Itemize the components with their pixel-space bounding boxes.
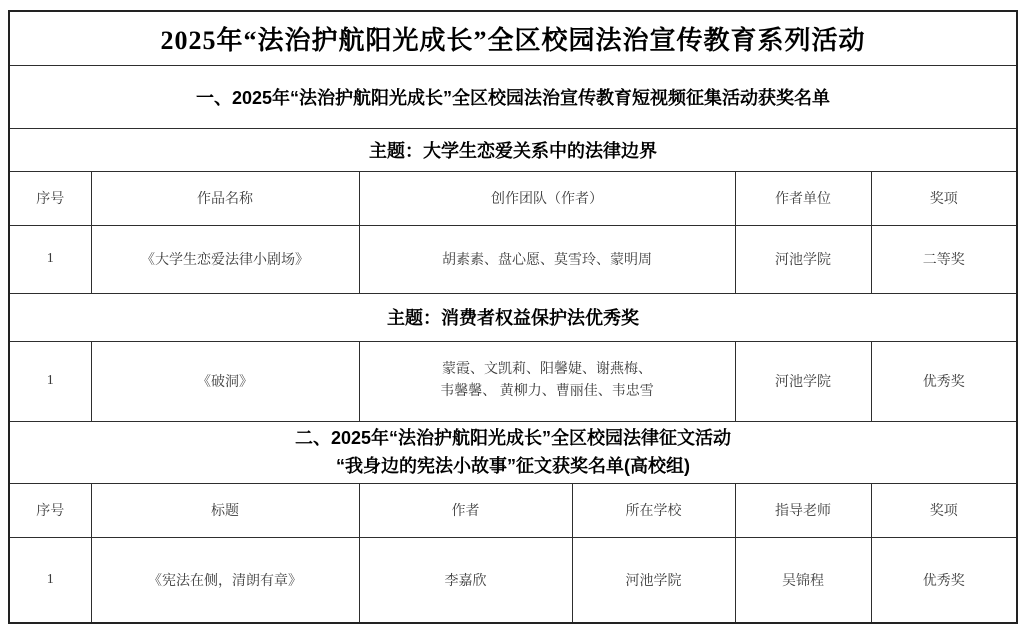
section2-heading: 二、2025年“法治护航阳光成长”全区校园法律征文活动 “我身边的宪法小故事”征… xyxy=(9,421,1017,483)
col-work-title: 作品名称 xyxy=(91,171,359,225)
cell-award: 优秀奖 xyxy=(871,341,1017,421)
title-row: 2025年“法治护航阳光成长”全区校园法治宣传教育系列活动 xyxy=(9,11,1017,65)
table-row: 1 《宪法在侧，清朗有章》 李嘉欣 河池学院 吴锦程 优秀奖 xyxy=(9,537,1017,623)
cell-award: 优秀奖 xyxy=(871,537,1017,623)
table-row: 1 《大学生恋爱法律小剧场》 胡素素、盘心愿、莫雪玲、蒙明周 河池学院 二等奖 xyxy=(9,225,1017,293)
theme1-label: 主题：大学生恋爱关系中的法律边界 xyxy=(9,128,1017,171)
col-serial: 序号 xyxy=(9,483,91,537)
section2-header-row: 序号 标题 作者 所在学校 指导老师 奖项 xyxy=(9,483,1017,537)
cell-serial: 1 xyxy=(9,341,91,421)
cell-essay-title: 《宪法在侧，清朗有章》 xyxy=(91,537,359,623)
cell-team: 蒙霞、文凯莉、阳馨婕、谢燕梅、 韦馨馨、 黄柳力、曹丽佳、韦忠雪 xyxy=(359,341,735,421)
col-award: 奖项 xyxy=(871,171,1017,225)
table-row: 1 《破洞》 蒙霞、文凯莉、阳馨婕、谢燕梅、 韦馨馨、 黄柳力、曹丽佳、韦忠雪 … xyxy=(9,341,1017,421)
section2-heading-line-2: “我身边的宪法小故事”征文获奖名单(高校组) xyxy=(14,452,1012,480)
cell-unit: 河池学院 xyxy=(735,341,871,421)
col-serial: 序号 xyxy=(9,171,91,225)
theme1-row: 主题：大学生恋爱关系中的法律边界 xyxy=(9,128,1017,171)
cell-serial: 1 xyxy=(9,537,91,623)
theme2-row: 主题：消费者权益保护法优秀奖 xyxy=(9,293,1017,341)
cell-work-title: 《大学生恋爱法律小剧场》 xyxy=(91,225,359,293)
col-award: 奖项 xyxy=(871,483,1017,537)
cell-team: 胡素素、盘心愿、莫雪玲、蒙明周 xyxy=(359,225,735,293)
cell-serial: 1 xyxy=(9,225,91,293)
section1-heading: 一、2025年“法治护航阳光成长”全区校园法治宣传教育短视频征集活动获奖名单 xyxy=(9,65,1017,128)
cell-advisor: 吴锦程 xyxy=(735,537,871,623)
section1-header-row: 序号 作品名称 创作团队（作者） 作者单位 奖项 xyxy=(9,171,1017,225)
cell-author: 李嘉欣 xyxy=(359,537,572,623)
col-essay-title: 标题 xyxy=(91,483,359,537)
cell-unit: 河池学院 xyxy=(735,225,871,293)
award-table: 2025年“法治护航阳光成长”全区校园法治宣传教育系列活动 一、2025年“法治… xyxy=(8,10,1018,624)
cell-work-title: 《破洞》 xyxy=(91,341,359,421)
col-advisor: 指导老师 xyxy=(735,483,871,537)
col-unit: 作者单位 xyxy=(735,171,871,225)
cell-award: 二等奖 xyxy=(871,225,1017,293)
theme2-label: 主题：消费者权益保护法优秀奖 xyxy=(9,293,1017,341)
section2-heading-row: 二、2025年“法治护航阳光成长”全区校园法律征文活动 “我身边的宪法小故事”征… xyxy=(9,421,1017,483)
team-line-2: 韦馨馨、 黄柳力、曹丽佳、韦忠雪 xyxy=(364,381,731,403)
section2-heading-line-1: 二、2025年“法治护航阳光成长”全区校园法律征文活动 xyxy=(14,424,1012,452)
col-school: 所在学校 xyxy=(572,483,735,537)
section1-heading-row: 一、2025年“法治护航阳光成长”全区校园法治宣传教育短视频征集活动获奖名单 xyxy=(9,65,1017,128)
col-team: 创作团队（作者） xyxy=(359,171,735,225)
document-title: 2025年“法治护航阳光成长”全区校园法治宣传教育系列活动 xyxy=(9,11,1017,65)
team-line-1: 蒙霞、文凯莉、阳馨婕、谢燕梅、 xyxy=(364,359,731,381)
cell-school: 河池学院 xyxy=(572,537,735,623)
document-page: 2025年“法治护航阳光成长”全区校园法治宣传教育系列活动 一、2025年“法治… xyxy=(0,0,1024,630)
col-author: 作者 xyxy=(359,483,572,537)
